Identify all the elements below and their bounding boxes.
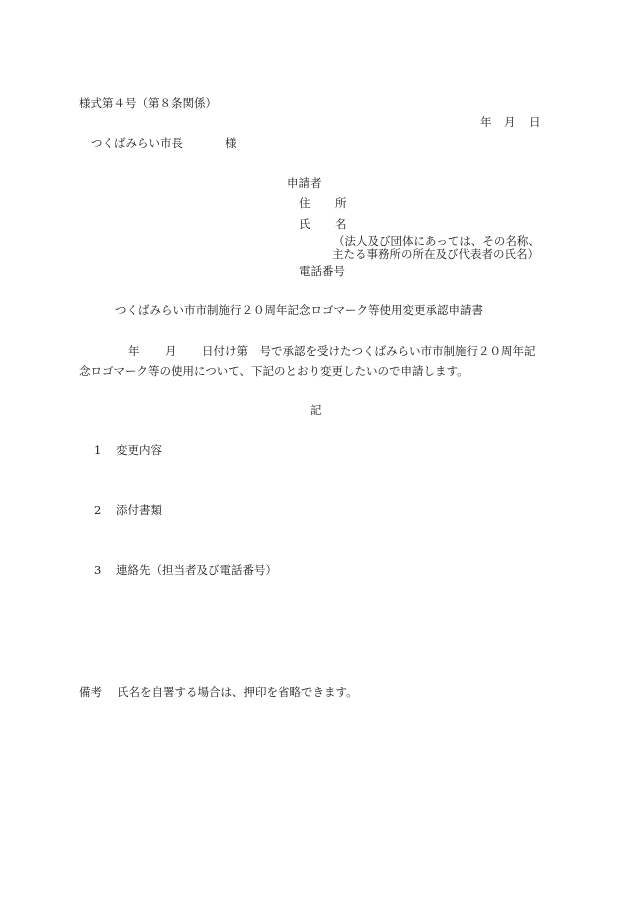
item-3-label: 連絡先（担当者及び電話番号） (116, 565, 277, 577)
form-number: 様式第４号（第８条関係） (79, 98, 217, 110)
date-day: 日 (529, 117, 541, 129)
item-3-number: 3 (94, 565, 101, 577)
phone-label: 電話番号 (299, 266, 345, 278)
body-line-2: 念ロゴマーク等の使用について、下記のとおり変更したいので申請します。 (79, 366, 469, 378)
name-label-2: 名 (335, 219, 347, 231)
addressee-honorific: 様 (225, 138, 237, 150)
remarks-text: 氏名を自署する場合は、押印を省略できます。 (117, 687, 358, 699)
item-2-number: 2 (94, 505, 101, 517)
item-1-number: 1 (94, 445, 101, 457)
remarks-label: 備考 (79, 687, 102, 699)
body-year: 年 (128, 346, 140, 358)
ki-heading: 記 (310, 405, 322, 417)
item-1-label: 変更内容 (116, 445, 162, 457)
item-2-label: 添付書類 (116, 505, 162, 517)
applicant-note-line-1: （法人及び団体にあっては、その名称、 (333, 236, 540, 248)
applicant-heading: 申請者 (287, 178, 322, 190)
address-label-2: 所 (335, 198, 347, 210)
address-label-1: 住 (299, 198, 311, 210)
applicant-note-line-2: 主たる事務所の所在及び代表者の氏名） (332, 249, 539, 261)
addressee-name: つくばみらい市長 (91, 138, 183, 150)
document-title: つくばみらい市市制施行２０周年記念ロゴマーク等使用変更承認申請書 (115, 305, 483, 317)
name-label-1: 氏 (299, 219, 311, 231)
date-year: 年 (480, 117, 492, 129)
date-month: 月 (504, 117, 516, 129)
body-line-1: 日付け第 号で承認を受けたつくばみらい市市制施行２０周年記 (202, 346, 536, 358)
body-month: 月 (165, 346, 177, 358)
document-page: 様式第４号（第８条関係） 年 月 日 つくばみらい市長 様 申請者 住 所 氏 … (0, 0, 630, 903)
